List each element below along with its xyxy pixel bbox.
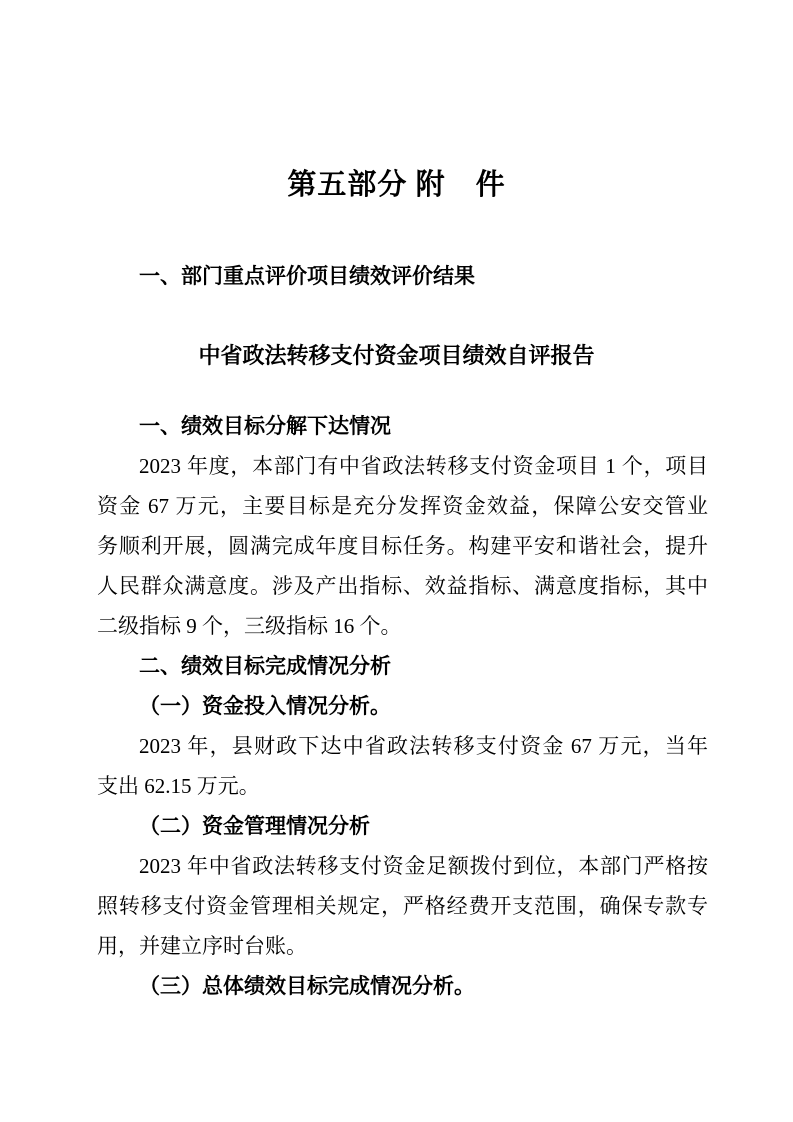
heading-fund-management: （二）资金管理情况分析 [97,806,708,846]
paragraph-3-line-1: 2023 年中省政法转移支付资金足额拨付到位，本部门严格按 [97,846,708,886]
heading-goal-completion: 二、绩效目标完成情况分析 [97,646,708,686]
report-title: 中省政法转移支付资金项目绩效自评报告 [0,341,793,371]
paragraph-3-line-3: 用，并建立序时台账。 [97,926,708,966]
paragraph-2-line-1: 2023 年，县财政下达中省政法转移支付资金 67 万元，当年 [97,726,708,766]
report-body: 一、绩效目标分解下达情况 2023 年度，本部门有中省政法转移支付资金项目 1 … [97,406,708,1006]
paragraph-1-line-1: 2023 年度，本部门有中省政法转移支付资金项目 1 个，项目 [97,446,708,486]
document-page: 第五部分 附 件 一、部门重点评价项目绩效评价结果 中省政法转移支付资金项目绩效… [0,0,793,1122]
paragraph-1-line-2: 资金 67 万元，主要目标是充分发挥资金效益，保障公安交管业 [97,486,708,526]
paragraph-1-line-4: 人民群众满意度。涉及产出指标、效益指标、满意度指标，其中 [97,566,708,606]
paragraph-2-line-2: 支出 62.15 万元。 [97,766,708,806]
heading-fund-input: （一）资金投入情况分析。 [97,686,708,726]
heading-overall-goal: （三）总体绩效目标完成情况分析。 [97,966,708,1006]
paragraph-3-line-2: 照转移支付资金管理相关规定，严格经费开支范围，确保专款专 [97,886,708,926]
paragraph-1-line-3: 务顺利开展，圆满完成年度目标任务。构建平安和谐社会，提升 [97,526,708,566]
paragraph-1-line-5: 二级指标 9 个，三级指标 16 个。 [97,606,708,646]
section-list-heading: 一、部门重点评价项目绩效评价结果 [97,262,708,292]
heading-goal-breakdown: 一、绩效目标分解下达情况 [97,406,708,446]
part-title: 第五部分 附 件 [0,168,793,202]
